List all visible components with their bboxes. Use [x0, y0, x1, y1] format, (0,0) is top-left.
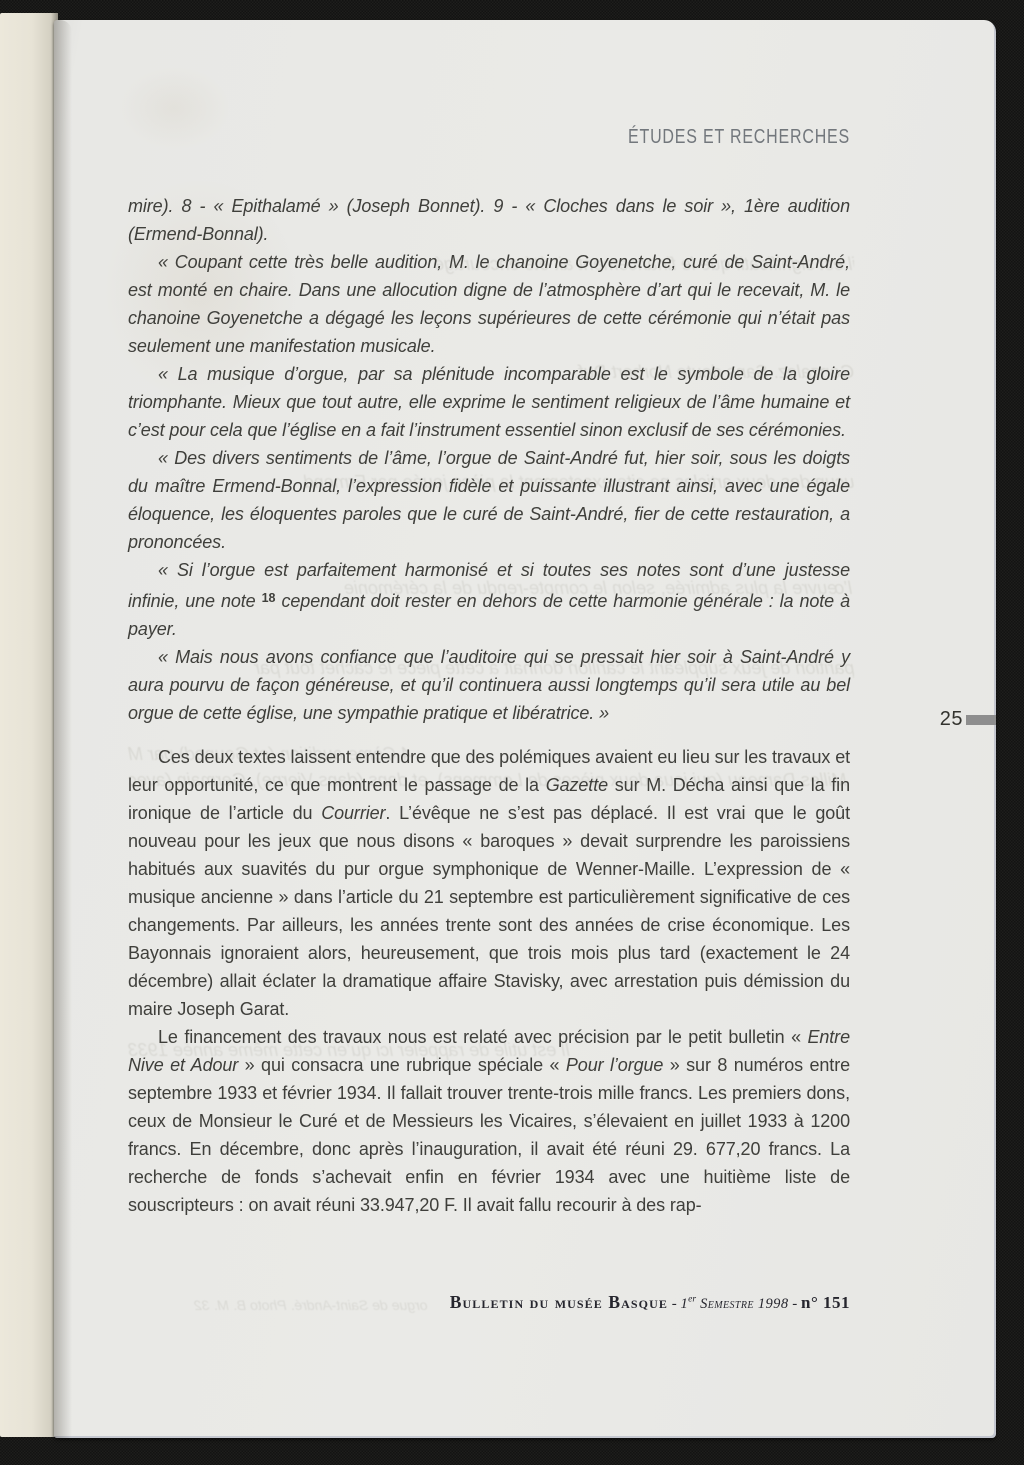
paragraph: mire). 8 - « Epithalamé » (Joseph Bonnet…: [128, 192, 850, 248]
paragraph: « Coupant cette très belle audition, M. …: [128, 248, 850, 360]
paragraph: « La musique d’orgue, par sa plénitude i…: [128, 360, 850, 444]
page-number: 25: [940, 708, 963, 731]
footer-line: Bulletin du musée Basque - 1er Semestre …: [128, 1292, 850, 1313]
page-number-row: 25: [940, 708, 996, 731]
text-column: mire). 8 - « Epithalamé » (Joseph Bonnet…: [128, 192, 850, 1219]
page-number-bar: [966, 715, 996, 725]
paragraph: « Mais nous avons confiance que l’audito…: [128, 643, 850, 727]
scan-background: { "page": { "header": "ÉTUDES ET RECHERC…: [0, 0, 1024, 1465]
book-page: cette somme, il est significatif que le …: [54, 20, 996, 1438]
footer-segment: Bulletin du musée Basque: [450, 1292, 668, 1312]
section-title: ÉTUDES ET RECHERCHES: [628, 126, 850, 148]
footer-segment: n° 151: [801, 1293, 850, 1312]
paper-stain: [94, 48, 254, 168]
paragraph: « Des divers sentiments de l’âme, l’orgu…: [128, 444, 850, 556]
paragraph: Le financement des travaux nous est rela…: [128, 1023, 850, 1219]
footer-segment: er: [688, 1295, 696, 1305]
book-left-page-edge: [0, 13, 58, 1437]
footer-segment: -: [668, 1296, 681, 1312]
paragraph: Ces deux textes laissent entendre que de…: [128, 743, 850, 1023]
footer-segment: -: [788, 1296, 801, 1312]
paragraph: « Si l’orgue est parfaitement harmonisé …: [128, 556, 850, 643]
footer-segment: Semestre 1998: [696, 1296, 788, 1312]
page-header: ÉTUDES ET RECHERCHES: [272, 126, 850, 149]
footer-segment: 1: [680, 1296, 688, 1312]
